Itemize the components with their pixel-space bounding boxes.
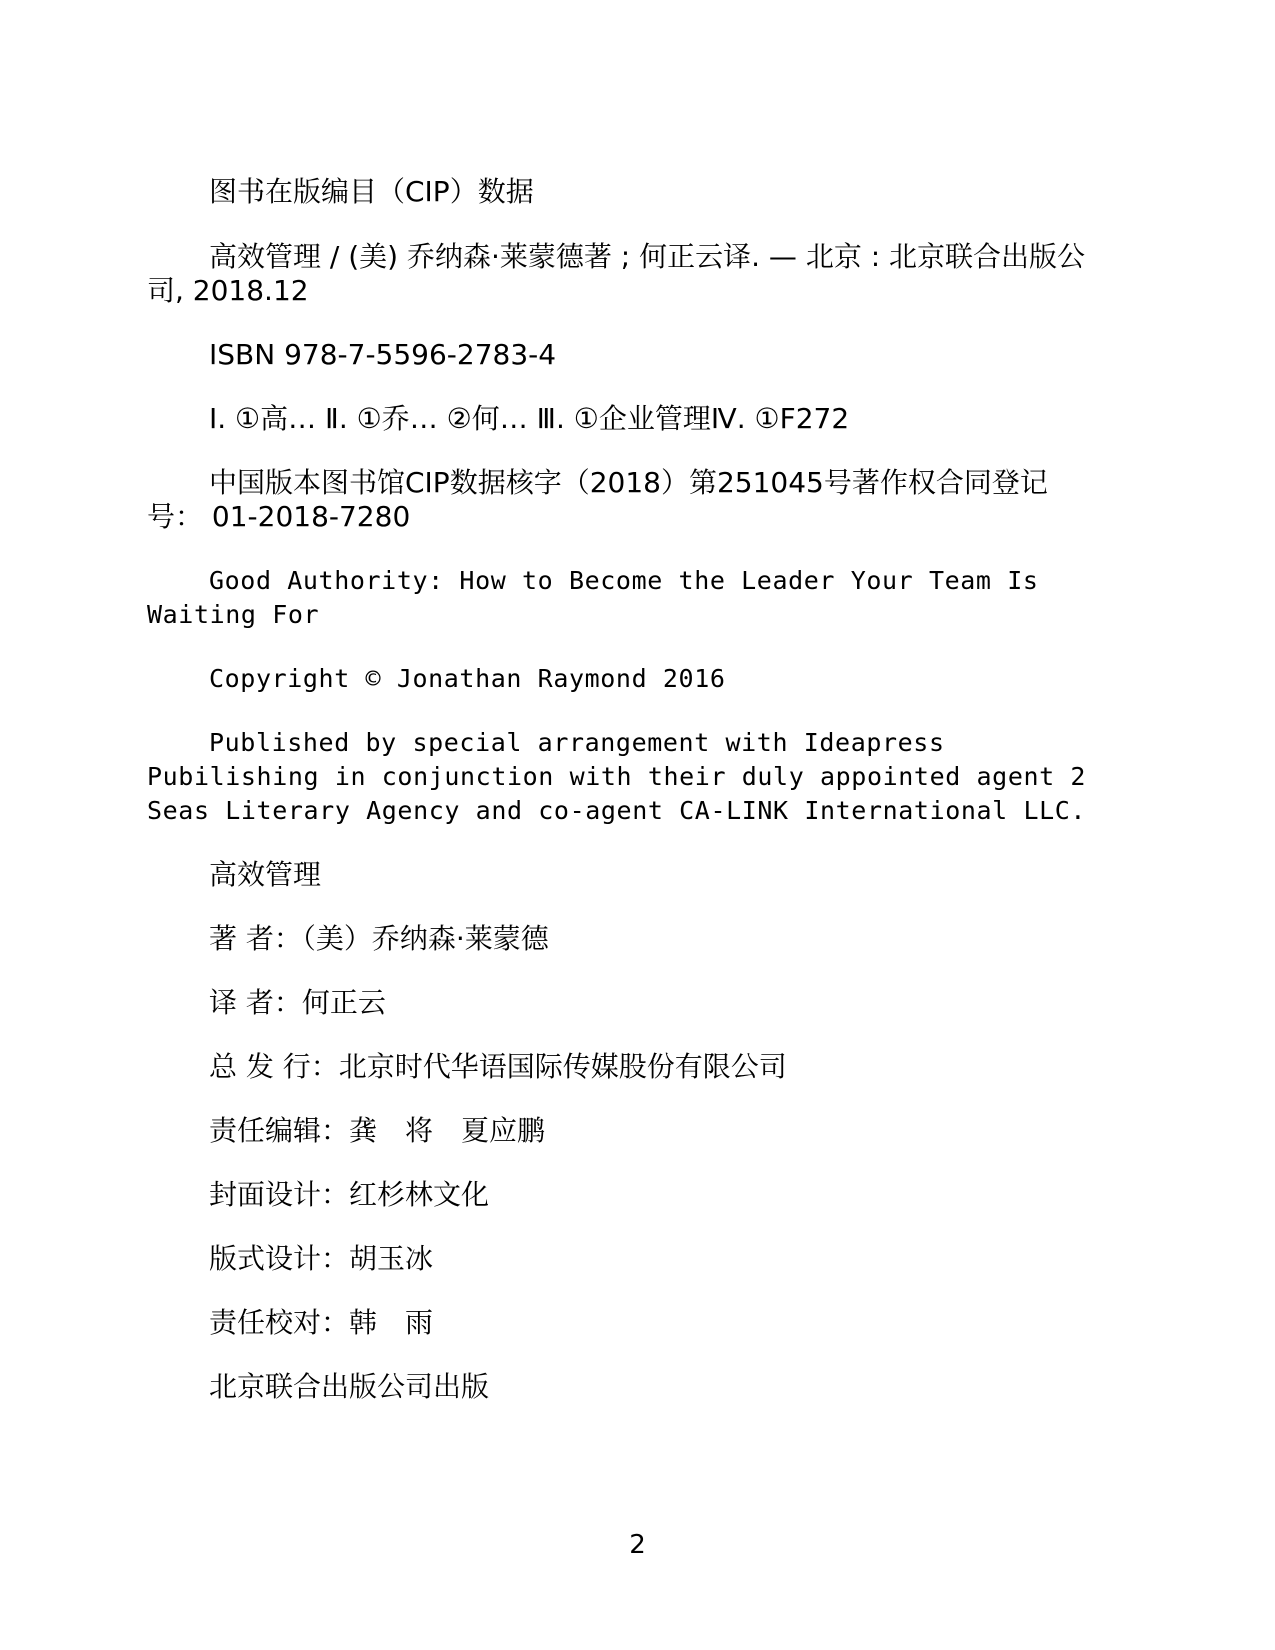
translator-credit: 译 者：何正云 [147,986,1087,1020]
proofreader-credit: 责任校对：韩 雨 [147,1306,1087,1340]
cip-verification-and-registration: 中国版本图书馆CIP数据核字（2018）第251045号著作权合同登记号： 01… [147,466,1087,534]
isbn: ISBN 978-7-5596-2783-4 [147,338,1087,372]
cip-record: 高效管理 / (美) 乔纳森·莱蒙德著 ; 何正云译. — 北京 : 北京联合出… [147,240,1087,308]
publishing-arrangement: Published by special arrangement with Id… [147,726,1087,828]
book-title: 高效管理 [147,858,1087,892]
editors-credit: 责任编辑：龚 将 夏应鹏 [147,1114,1087,1148]
cover-design-credit: 封面设计：红杉林文化 [147,1178,1087,1212]
layout-design-credit: 版式设计：胡玉冰 [147,1242,1087,1276]
author-credit: 著 者：（美）乔纳森·莱蒙德 [147,922,1087,956]
publisher-credit: 北京联合出版公司出版 [147,1370,1087,1404]
original-copyright: Copyright © Jonathan Raymond 2016 [147,662,1087,696]
page-number: 2 [0,1530,1275,1560]
cip-classification: Ⅰ. ①高… Ⅱ. ①乔… ②何… Ⅲ. ①企业管理Ⅳ. ①F272 [147,402,1087,436]
distributor-credit: 总 发 行：北京时代华语国际传媒股份有限公司 [147,1050,1087,1084]
cip-heading: 图书在版编目（CIP）数据 [147,175,1087,209]
original-title: Good Authority: How to Become the Leader… [147,564,1087,632]
